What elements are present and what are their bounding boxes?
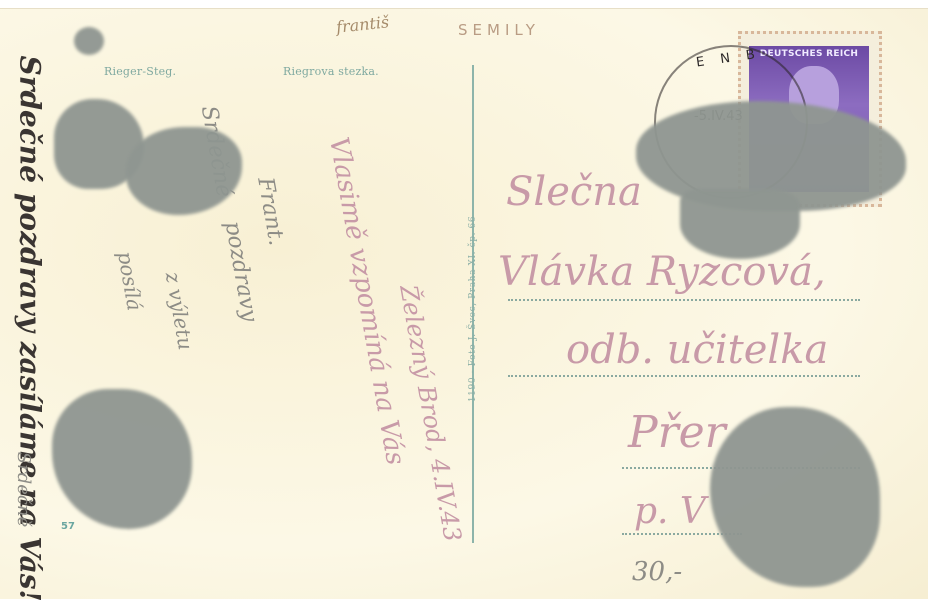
margin-message: Srdečné pozdravy zasíláme na Vás! Lhož (14, 56, 47, 496)
pencil-place: SEMILY (458, 21, 540, 39)
paper-residue (680, 189, 800, 259)
card-number: 57 (61, 521, 75, 532)
pencil-line: pozdravy (220, 219, 262, 323)
address-salutation: Slečna (506, 169, 642, 215)
address-post: p. V (634, 491, 706, 532)
address-occupation: odb. učitelka (566, 327, 828, 373)
margin-message-short: Srdečně (13, 452, 34, 527)
postmark-town: E N B (695, 47, 762, 71)
address-line-2 (508, 375, 860, 377)
pencil-price: 30,- (632, 557, 682, 587)
address-town: Přer (628, 407, 726, 458)
address-name: Vlávka Ryzcová, (498, 249, 826, 295)
pencil-signature: františ (335, 12, 390, 36)
postcard-back: Rieger-Steg. Riegrova stezka. 1190 - Fot… (0, 8, 928, 599)
caption-czech: Riegrova stezka. (283, 65, 379, 78)
paper-residue (52, 389, 192, 529)
pencil-line: Frant. (252, 175, 289, 247)
paper-residue (710, 407, 880, 587)
paper-residue (74, 27, 104, 55)
caption-german: Rieger-Steg. (104, 65, 176, 78)
address-line-1 (508, 299, 860, 301)
pencil-line: posílá (113, 249, 147, 312)
publisher-credit: 1190 - Foto J. Švec, Praha XI. čp. 66 (468, 189, 478, 429)
pencil-line: z výletu (161, 270, 198, 352)
paper-residue (126, 127, 242, 215)
